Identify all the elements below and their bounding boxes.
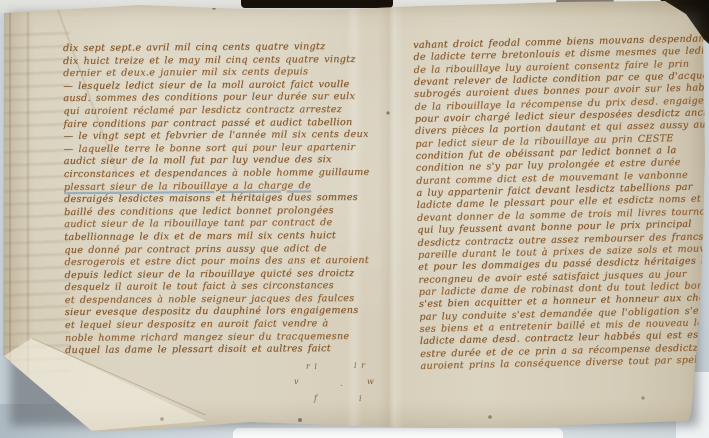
gutter-ink-mark: . (340, 379, 344, 388)
parchment-sheet: dix sept sept.e avril mil cinq cents qua… (0, 0, 709, 438)
scan-backdrop-white-strip (233, 428, 563, 438)
center-fold (378, 0, 404, 438)
gutter-ink-mark: r i (306, 362, 318, 371)
gutter-ink-mark: f (314, 394, 318, 403)
gutter-ink-mark: v (294, 377, 300, 386)
scanned-manuscript: dix sept sept.e avril mil cinq cents qua… (0, 0, 709, 438)
gutter-ink-mark: w (367, 377, 375, 386)
left-page: dix sept sept.e avril mil cinq cents qua… (63, 41, 353, 358)
ink-showthrough (4, 28, 70, 372)
right-page: vahant droict feodal comme biens mouvans… (413, 33, 709, 373)
gutter-ink-mark: i r (354, 361, 366, 370)
gutter-ink-mark: i (359, 394, 363, 403)
backdrop-dark-notch (241, 0, 393, 8)
ink-specks (0, 0, 2, 2)
manuscript-line: duquel las dame le plessart disoit et au… (65, 343, 353, 358)
